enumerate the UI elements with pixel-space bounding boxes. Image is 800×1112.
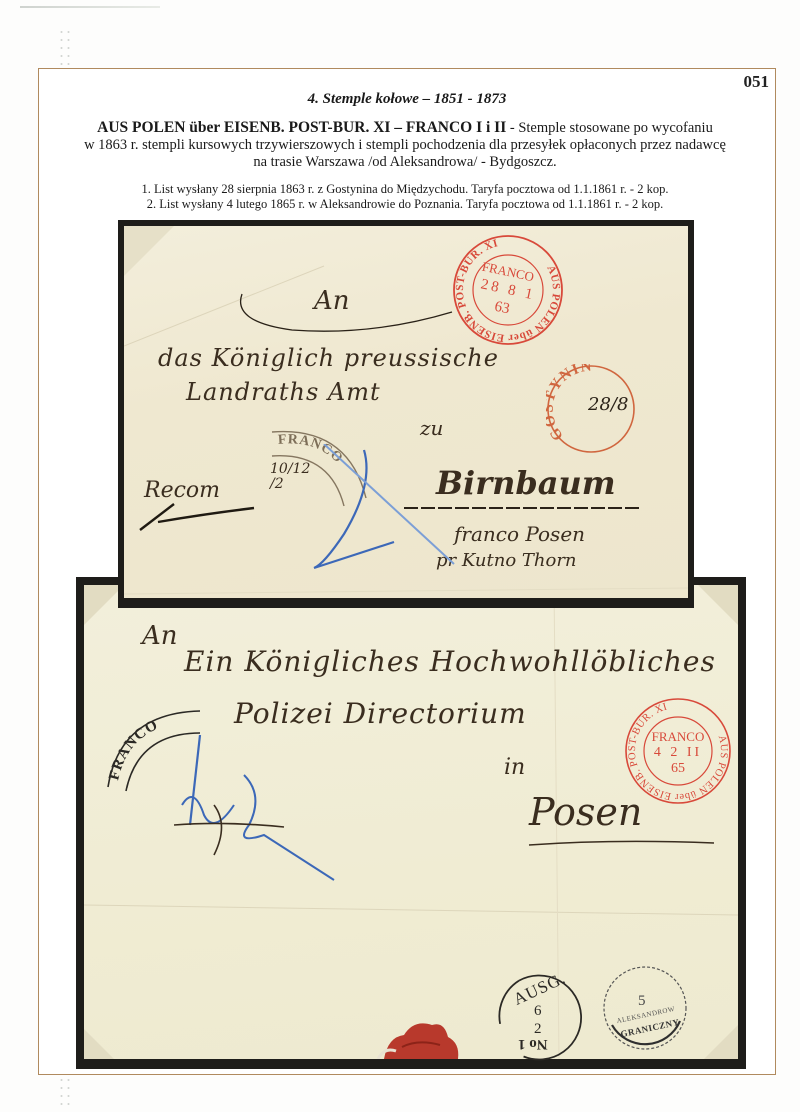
addressee-line-3: Landraths Amt bbox=[186, 378, 381, 406]
gostynin-label: GOSTYNIN bbox=[546, 364, 594, 443]
letter-1-flourish bbox=[232, 282, 472, 342]
svg-text:FRANCO: FRANCO bbox=[106, 717, 161, 782]
section-title: 4. Stemple kołowe – 1851 - 1873 bbox=[39, 91, 775, 108]
aleksandrow-granicny-stamp: 5 GRANICZNY ALEKSANDROW bbox=[602, 965, 688, 1051]
stamp-date: 4 2 II bbox=[624, 745, 732, 761]
ausg-number: No 1 bbox=[518, 1035, 548, 1052]
intro-text-3: na trasie Warszawa /od Aleksandrowa/ - B… bbox=[253, 154, 556, 170]
letter-1-cover: An das Königlich preussische Landraths A… bbox=[118, 220, 694, 608]
letter-2-paper: An Ein Königliches Hochwohllöbliches Pol… bbox=[84, 585, 738, 1059]
stamp-franco-label: FRANCO bbox=[624, 729, 732, 745]
recom-underline bbox=[134, 496, 264, 536]
stamp-year: 65 bbox=[624, 761, 732, 777]
addressee-zu: zu bbox=[420, 416, 443, 440]
blue-crayon-rate-mark bbox=[304, 444, 464, 574]
letter-1-paper: An das Königlich preussische Landraths A… bbox=[124, 226, 688, 598]
note-2: 2. List wysłany 4 lutego 1865 r. w Aleks… bbox=[57, 197, 753, 212]
posen-underline bbox=[524, 835, 724, 855]
item-notes: 1. List wysłany 28 sierpnia 1863 r. z Go… bbox=[57, 182, 753, 212]
intro-paragraph: AUS POLEN über EISENB. POST-BUR. XI – FR… bbox=[57, 119, 753, 171]
route-franco-posen: franco Posen bbox=[454, 522, 585, 546]
aus-polen-franco-stamp-1863: AUS POLEN über EISENB. POST-BUR. XI FRAN… bbox=[452, 234, 564, 346]
addressee-an: An bbox=[142, 621, 178, 651]
franco-arc-text: FRANCO bbox=[106, 717, 161, 782]
addressee-line-2: Ein Königliches Hochwohllöbliches bbox=[184, 645, 716, 678]
page-number: 051 bbox=[744, 72, 770, 92]
addressee-in: in bbox=[504, 755, 525, 780]
intro-text-2: w 1863 r. stempli kursowych trzywierszow… bbox=[84, 137, 726, 153]
ausg-day: 6 bbox=[534, 1003, 542, 1020]
red-wax-seal bbox=[374, 1017, 464, 1059]
aus-polen-franco-stamp-1865: AUS POLEN über EISENB. POST-BUR. XI FRAN… bbox=[624, 697, 732, 805]
svg-text:GOSTYNIN: GOSTYNIN bbox=[546, 364, 594, 443]
ausg-arrival-stamp: AUSG. 6 2 No 1 bbox=[496, 973, 584, 1061]
addressee-line-3: Polizei Directorium bbox=[234, 697, 527, 730]
intro-bold-heading: AUS POLEN über EISENB. POST-BUR. XI – FR… bbox=[97, 119, 506, 136]
addressee-line-2: das Königlich preussische bbox=[158, 344, 499, 372]
letter-2-cover: An Ein Königliches Hochwohllöbliches Pol… bbox=[76, 577, 746, 1069]
note-1: 1. List wysłany 28 sierpnia 1863 r. z Go… bbox=[57, 182, 753, 197]
transit-day: 5 bbox=[638, 993, 646, 1010]
intro-text-1: - Stemple stosowane po wycofaniu bbox=[506, 120, 713, 136]
gostynin-manuscript-date: 28/8 bbox=[588, 394, 628, 415]
blue-crayon-rate-mark bbox=[174, 735, 354, 885]
scan-edge-line bbox=[20, 6, 160, 8]
gostynin-town-stamp: GOSTYNIN 28/8 bbox=[546, 364, 636, 454]
addressee-an: An bbox=[314, 286, 350, 316]
